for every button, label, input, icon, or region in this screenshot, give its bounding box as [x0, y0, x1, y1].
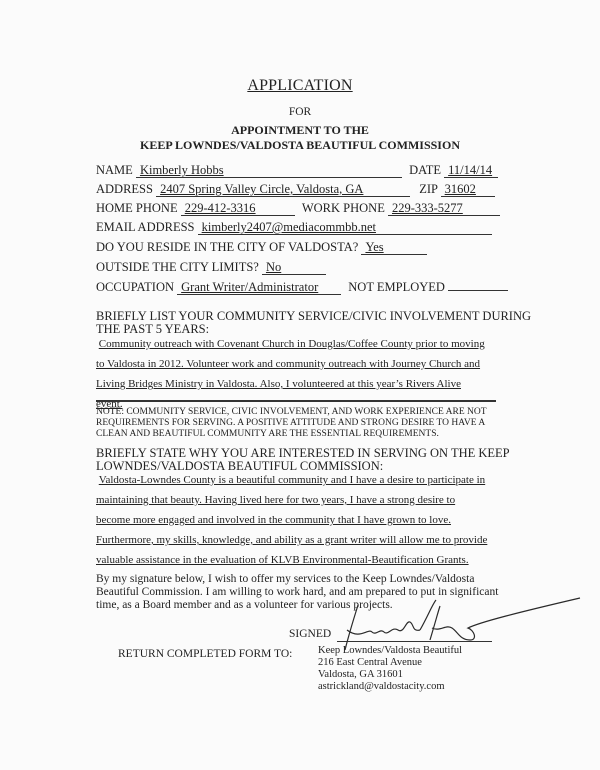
signature-icon [0, 0, 600, 770]
return-org: Keep Lowndes/Valdosta Beautiful [318, 645, 462, 657]
return-label: RETURN COMPLETED FORM TO: [118, 648, 292, 660]
return-email[interactable]: astrickland@valdostacity.com [318, 681, 462, 693]
return-address: Keep Lowndes/Valdosta Beautiful 216 East… [318, 645, 462, 693]
return-street: 216 East Central Avenue [318, 657, 462, 669]
return-city: Valdosta, GA 31601 [318, 669, 462, 681]
